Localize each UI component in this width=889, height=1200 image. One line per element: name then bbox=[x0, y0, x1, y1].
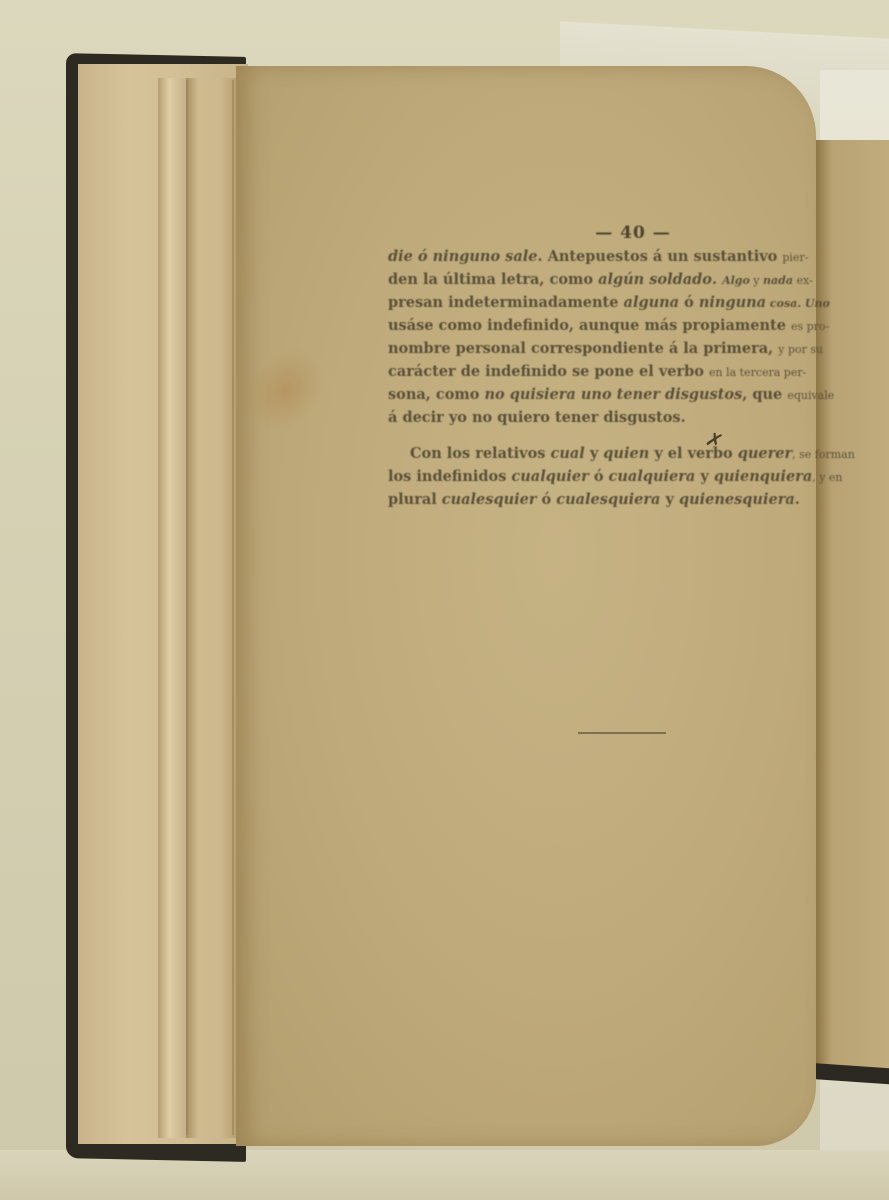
text-line: den la última letra, como algún soldado.… bbox=[388, 269, 818, 292]
text-line: plural cualesquier ó cualesquiera y quie… bbox=[388, 489, 818, 511]
text-line: á decir yo no quiero tener disgustos. bbox=[388, 407, 818, 429]
text-line: nombre personal correspondiente á la pri… bbox=[388, 338, 818, 361]
page-number: — 40 — bbox=[448, 222, 818, 244]
page-text: — 40 — die ó ninguno sale. Antepuestos á… bbox=[388, 222, 818, 511]
text-line: carácter de indefinido se pone el verbo … bbox=[388, 361, 818, 384]
text-line: los indefinidos cualquier ó cualquiera y… bbox=[388, 466, 818, 489]
text-line: die ó ninguno sale. Antepuestos á un sus… bbox=[388, 246, 818, 269]
page-edge-line bbox=[232, 80, 234, 1135]
page-edge-line bbox=[186, 80, 188, 1135]
text-line: usáse como indefinido, aunque más propia… bbox=[388, 315, 818, 338]
facing-page-right bbox=[816, 140, 889, 1070]
paragraph-1: die ó ninguno sale. Antepuestos á un sus… bbox=[388, 246, 818, 429]
end-rule bbox=[578, 732, 666, 734]
text-line: sona, como no quisiera uno tener disgust… bbox=[388, 384, 818, 407]
page-edge-strip bbox=[186, 78, 236, 1138]
paragraph-2: Con los relativos cual y quien y el verb… bbox=[388, 443, 818, 511]
page-edge-strip bbox=[158, 78, 186, 1138]
text-line: Con los relativos cual y quien y el verb… bbox=[388, 443, 818, 466]
text-line: presan indeterminadamente alguna ó ningu… bbox=[388, 292, 818, 315]
